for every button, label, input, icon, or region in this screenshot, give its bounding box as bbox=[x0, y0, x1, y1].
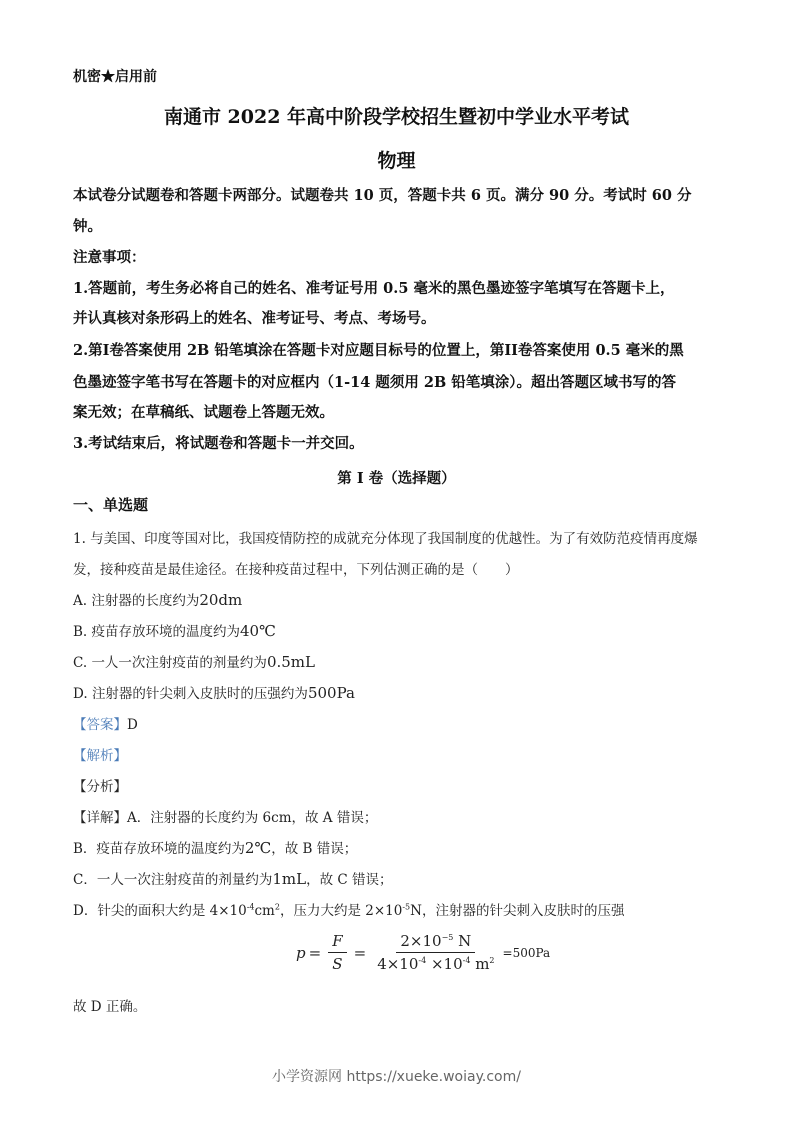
note-2-line-1: 2.第I卷答案使用 2B 铅笔填涂在答题卡对应题目标号的位置上，第II卷答案使用… bbox=[73, 339, 684, 360]
formula-f: F bbox=[328, 932, 346, 953]
num-unit: N bbox=[453, 932, 471, 950]
note-3-line-1: 3.考试结束后，将试题卷和答题卡一并交回。 bbox=[73, 432, 364, 453]
subject-title: 物理 bbox=[0, 146, 793, 173]
exam-page: 机密★启用前 南通市 2022 年高中阶段学校招生暨初中学业水平考试 物理 本试… bbox=[0, 0, 793, 1122]
option-c-text: 一人一次注射疫苗的剂量约为 bbox=[91, 655, 267, 671]
question-1-line-1: 1. 与美国、印度等国对比，我国疫情防控的成就充分体现了我国制度的优越性。为了有… bbox=[73, 527, 698, 547]
num-exp: −5 bbox=[442, 933, 454, 942]
confidential-label: 机密★启用前 bbox=[73, 66, 157, 86]
intro-line-2: 钟。 bbox=[73, 215, 102, 236]
intro-line-1: 本试卷分试题卷和答题卡两部分。试题卷共 10 页，答题卡共 6 页。满分 90 … bbox=[73, 184, 692, 205]
formula-lhs: p bbox=[296, 944, 306, 962]
option-c-label: C. bbox=[73, 655, 87, 671]
detail-a-text: A．注射器的长度约为 6cm，故 A 错误； bbox=[127, 810, 377, 826]
answer-line: 【答案】D bbox=[73, 713, 138, 733]
site-watermark: 小学资源网 https://xueke.woiay.com/ bbox=[0, 1066, 793, 1086]
question-1-line-2: 发，接种疫苗是最佳途径。在接种疫苗过程中，下列估测正确的是（ ） bbox=[73, 558, 519, 578]
detail-b-text: B．疫苗存放环境的温度约为 bbox=[73, 841, 245, 857]
detail-b: B．疫苗存放环境的温度约为2℃，故 B 错误； bbox=[73, 837, 357, 857]
detail-b-post: ，故 B 错误； bbox=[271, 841, 357, 857]
detail-c-value: 1mL bbox=[272, 870, 306, 888]
detail-c: C．一人一次注射疫苗的剂量约为1mL，故 C 错误； bbox=[73, 868, 393, 888]
detail-tag: 【详解】 bbox=[73, 810, 127, 826]
option-d-value: 500Pa bbox=[308, 684, 355, 702]
detail-d: D．针尖的面积大约是 4×10-4cm2，压力大约是 2×10-5N，注射器的针… bbox=[73, 899, 624, 919]
den-unit: m bbox=[470, 955, 489, 973]
note-2-line-2: 色墨迹签字笔书写在答题卡的对应框内（1-14 题须用 2B 铅笔填涂）。超出答题… bbox=[73, 371, 676, 392]
detail-d-exp-3: -5 bbox=[402, 903, 410, 912]
option-d: D. 注射器的针尖刺入皮肤时的压强约为500Pa bbox=[73, 682, 355, 702]
detail-d-exp-1: -4 bbox=[247, 903, 255, 912]
formula-eq-2: = bbox=[354, 944, 367, 962]
notes-heading: 注意事项： bbox=[73, 246, 146, 267]
option-a-label: A. bbox=[73, 593, 87, 609]
option-b-text: 疫苗存放环境的温度约为 bbox=[92, 624, 241, 640]
option-a: A. 注射器的长度约为20dm bbox=[73, 589, 242, 609]
detail-d-part-4: N，注射器的针尖刺入皮肤时的压强 bbox=[410, 903, 624, 919]
answer-tag: 【答案】 bbox=[73, 717, 127, 733]
option-b-value: 40℃ bbox=[240, 622, 276, 640]
conclusion: 故 D 正确。 bbox=[73, 995, 146, 1015]
den-base-2: ×10 bbox=[426, 955, 462, 973]
section-heading: 第 I 卷（选择题） bbox=[0, 467, 793, 488]
formula-numerator: 2×10−5 N bbox=[396, 932, 475, 953]
formula-result: =500Pa bbox=[503, 946, 551, 960]
detail-d-part-1: D．针尖的面积大约是 4×10 bbox=[73, 903, 247, 919]
formula-f-over-s: F S bbox=[328, 932, 346, 973]
formula-value-fraction: 2×10−5 N 4×10-4 ×10-4 m2 bbox=[373, 932, 498, 973]
detail-c-text: C．一人一次注射疫苗的剂量约为 bbox=[73, 872, 272, 888]
option-a-text: 注射器的长度约为 bbox=[91, 593, 199, 609]
option-d-text: 注射器的针尖刺入皮肤时的压强约为 bbox=[92, 686, 308, 702]
option-b: B. 疫苗存放环境的温度约为40℃ bbox=[73, 620, 276, 640]
detail-d-part-3: ，压力大约是 2×10 bbox=[280, 903, 402, 919]
den-unit-exp: 2 bbox=[489, 956, 494, 965]
option-c-value: 0.5mL bbox=[267, 653, 315, 671]
fenxi-tag: 【分析】 bbox=[73, 775, 127, 795]
option-c: C. 一人一次注射疫苗的剂量约为0.5mL bbox=[73, 651, 315, 671]
formula-s: S bbox=[328, 953, 346, 973]
note-1-line-1: 1.答题前，考生务必将自己的姓名、准考证号用 0.5 毫米的黑色墨迹签字笔填写在… bbox=[73, 277, 674, 298]
option-a-value: 20dm bbox=[199, 591, 242, 609]
exam-title: 南通市 2022 年高中阶段学校招生暨初中学业水平考试 bbox=[0, 102, 793, 129]
detail-b-value: 2℃ bbox=[245, 839, 271, 857]
detail-a: 【详解】A．注射器的长度约为 6cm，故 A 错误； bbox=[73, 806, 377, 826]
pressure-formula: p = F S = 2×10−5 N 4×10-4 ×10-4 m2 =500P… bbox=[296, 932, 550, 973]
answer-value: D bbox=[127, 717, 138, 733]
den-base-1: 4×10 bbox=[377, 955, 418, 973]
detail-c-post: ，故 C 错误； bbox=[306, 872, 392, 888]
formula-denominator: 4×10-4 ×10-4 m2 bbox=[373, 953, 498, 973]
formula-eq-1: = bbox=[309, 944, 322, 962]
option-d-label: D. bbox=[73, 686, 88, 702]
note-1-line-2: 并认真核对条形码上的姓名、准考证号、考点、考场号。 bbox=[73, 307, 436, 328]
note-2-line-3: 案无效；在草稿纸、试题卷上答题无效。 bbox=[73, 401, 334, 422]
option-b-label: B. bbox=[73, 624, 87, 640]
detail-d-part-2: cm bbox=[255, 903, 275, 919]
part-heading: 一、单选题 bbox=[73, 494, 148, 515]
num-base: 2×10 bbox=[400, 932, 441, 950]
analysis-tag: 【解析】 bbox=[73, 744, 127, 764]
